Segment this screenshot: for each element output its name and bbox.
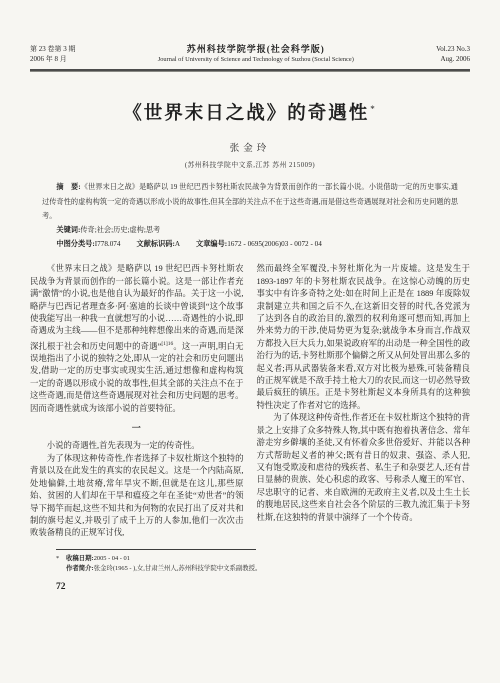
abstract-text: 《世界末日之战》是略萨以 19 世纪巴西卡努杜斯农民战争为背景而创作的一部长篇小… (42, 183, 458, 219)
body-paragraph: 《世界末日之战》是略萨以 19 世纪巴西卡努杜斯农民战争为背景而创作的一部长篇小… (30, 263, 244, 415)
classification-line: 中图分类号:I778.074文献标识码:A文章编号:1672 - 0695(20… (42, 237, 458, 251)
article-id-value: 1672 - 0695(2006)03 - 0072 - 04 (227, 240, 322, 248)
body-paragraph: 小说的奇遇性,首先表现为一定的传奇性。 (30, 440, 244, 452)
received-date-label: 收稿日期: (66, 555, 94, 562)
author-bio-label: 作者简介: (66, 565, 94, 572)
journal-name-cn: 苏州科技学院学报(社会科学版) (82, 44, 431, 55)
keywords-text: 传奇;社会;历史;虚构;思考 (80, 226, 160, 234)
page-number: 72 (56, 582, 470, 592)
journal-masthead: 第 23 卷第 3 期 2006 年 8 月 苏州科技学院学报(社会科学版) J… (30, 44, 470, 64)
article-id-label: 文章编号: (196, 240, 227, 248)
journal-name-en: Journal of University of Science and Tec… (82, 55, 431, 64)
title-footnote-mark: * (370, 104, 377, 114)
keywords-label: 关键词: (56, 226, 80, 234)
clc-label: 中图分类号: (56, 240, 94, 248)
volume-issue-en: Vol.23 No.3 (436, 44, 470, 54)
footnote-star: * (56, 554, 66, 565)
paragraph-text: 。这一声明,明白无误地指出了小说的独特之处,即从一定的社会和历史问题出发,借助一… (30, 342, 244, 413)
abstract: 摘 要:《世界末日之战》是略萨以 19 世纪巴西卡努杜斯农民战争为背景而创作的一… (42, 180, 458, 223)
volume-issue-cn: 第 23 卷第 3 期 (30, 44, 76, 54)
body-paragraph: 为了体现这种传奇性,作者选择了卡奴杜斯这个独特的背景以及在此发生的真实的农民起义… (30, 453, 244, 540)
header-divider (30, 69, 470, 72)
doc-code-value: A (175, 240, 180, 248)
right-column: 然而最终全军覆没,卡努杜斯化为一片废墟。这是发生于 1893-1897 年的卡努… (257, 263, 471, 539)
article-title-text: 《世界末日之战》的奇遇性 (123, 104, 369, 124)
left-column: 《世界末日之战》是略萨以 19 世纪巴西卡努杜斯农民战争为背景而创作的一部长篇小… (30, 263, 244, 539)
issue-info-en: Vol.23 No.3 Aug. 2006 (436, 44, 470, 64)
article-body: 《世界末日之战》是略萨以 19 世纪巴西卡努杜斯农民战争为背景而创作的一部长篇小… (30, 263, 470, 539)
article-title: 《世界末日之战》的奇遇性* (30, 99, 470, 125)
journal-page: 第 23 卷第 3 期 2006 年 8 月 苏州科技学院学报(社会科学版) J… (0, 0, 500, 683)
doc-code-label: 文献标识码: (137, 240, 175, 248)
received-date-value: 2005 - 04 - 01 (94, 555, 130, 562)
journal-name: 苏州科技学院学报(社会科学版) Journal of University of… (76, 44, 437, 64)
received-date-line: *收稿日期:2005 - 04 - 01 (56, 554, 470, 565)
body-paragraph: 为了体现这种传奇性,作者还在卡奴杜斯这个独特的背景之上安排了众多特殊人物,其中既… (257, 412, 471, 524)
footnote: *收稿日期:2005 - 04 - 01 作者简介:张金玲(1965 - ),女… (56, 549, 470, 575)
clc-value: I778.074 (95, 240, 121, 248)
abstract-label: 摘 要: (56, 183, 80, 191)
date-cn: 2006 年 8 月 (30, 54, 76, 64)
date-en: Aug. 2006 (436, 54, 470, 64)
paragraph-text: 《世界末日之战》是略萨以 19 世纪巴西卡努杜斯农民战争为背景而创作的一部长篇小… (30, 264, 244, 350)
body-paragraph: 然而最终全军覆没,卡努杜斯化为一片废墟。这是发生于 1893-1897 年的卡努… (257, 263, 471, 412)
author-bio-line: 作者简介:张金玲(1965 - ),女,甘肃兰州人,苏州科技学院中文系副教授。 (56, 564, 470, 575)
issue-info-cn: 第 23 卷第 3 期 2006 年 8 月 (30, 44, 76, 64)
section-heading-one: 一 (30, 422, 244, 434)
author-bio-value: 张金玲(1965 - ),女,甘肃兰州人,苏州科技学院中文系副教授。 (94, 565, 262, 572)
citation-mark: [1]16 (161, 341, 173, 347)
keywords-line: 关键词:传奇;社会;历史;虚构;思考 (42, 223, 458, 237)
footnote-divider (56, 549, 256, 550)
author-affiliation: (苏州科技学院中文系,江苏 苏州 215009) (30, 159, 470, 169)
author-name: 张金玲 (30, 140, 470, 154)
